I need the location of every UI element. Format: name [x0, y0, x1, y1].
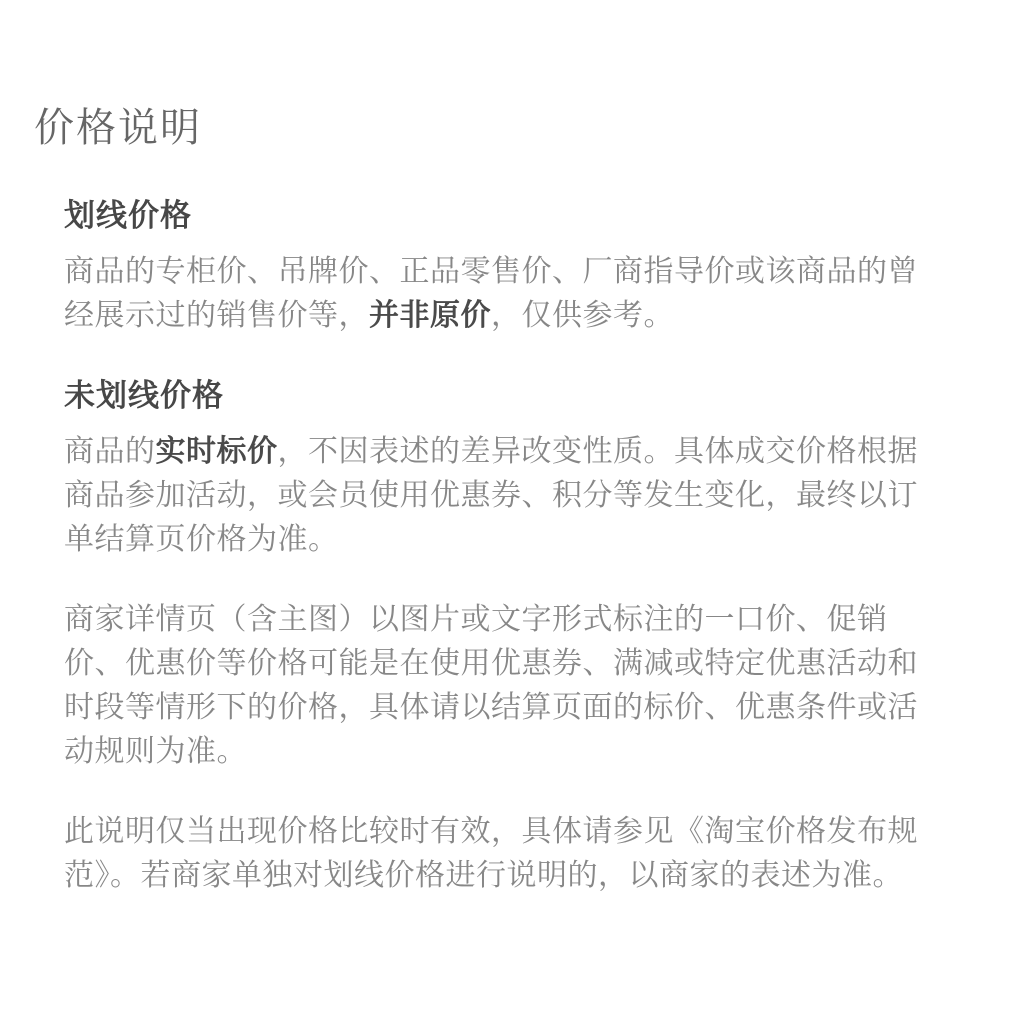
item-heading: 未划线价格: [64, 374, 984, 418]
bullet-column: [34, 598, 64, 633]
item-paragraph: 商家详情页（含主图）以图片或文字形式标注的一口价、促销 价、优惠价等价格可能是在…: [64, 598, 994, 774]
item-heading: 划线价格: [64, 194, 984, 238]
item-content: 未划线价格 商品的实时标价，不因表述的差异改变性质。具体成交价格根据 商品参加活…: [64, 374, 984, 562]
price-note-item: 商家详情页（含主图）以图片或文字形式标注的一口价、促销 价、优惠价等价格可能是在…: [34, 598, 984, 774]
bullet-column: [34, 810, 64, 845]
item-content: 划线价格 商品的专柜价、吊牌价、正品零售价、厂商指导价或该商品的曾 经展示过的销…: [64, 194, 984, 338]
item-content: 此说明仅当出现价格比较时有效，具体请参见《淘宝价格发布规 范》。若商家单独对划线…: [64, 810, 984, 898]
bullet-column: [34, 374, 64, 409]
price-note-item: 此说明仅当出现价格比较时有效，具体请参见《淘宝价格发布规 范》。若商家单独对划线…: [34, 810, 984, 898]
item-content: 商家详情页（含主图）以图片或文字形式标注的一口价、促销 价、优惠价等价格可能是在…: [64, 598, 984, 774]
item-paragraph: 此说明仅当出现价格比较时有效，具体请参见《淘宝价格发布规 范》。若商家单独对划线…: [64, 810, 994, 898]
page-title: 价格说明: [34, 104, 984, 152]
price-note-item: 未划线价格 商品的实时标价，不因表述的差异改变性质。具体成交价格根据 商品参加活…: [34, 374, 984, 562]
bullet-column: [34, 194, 64, 229]
item-paragraph: 商品的实时标价，不因表述的差异改变性质。具体成交价格根据 商品参加活动，或会员使…: [64, 430, 994, 562]
item-paragraph: 商品的专柜价、吊牌价、正品零售价、厂商指导价或该商品的曾 经展示过的销售价等，并…: [64, 250, 994, 338]
price-note-item: 划线价格 商品的专柜价、吊牌价、正品零售价、厂商指导价或该商品的曾 经展示过的销…: [34, 194, 984, 338]
price-notice-page: 价格说明 划线价格 商品的专柜价、吊牌价、正品零售价、厂商指导价或该商品的曾 经…: [0, 0, 1024, 1024]
